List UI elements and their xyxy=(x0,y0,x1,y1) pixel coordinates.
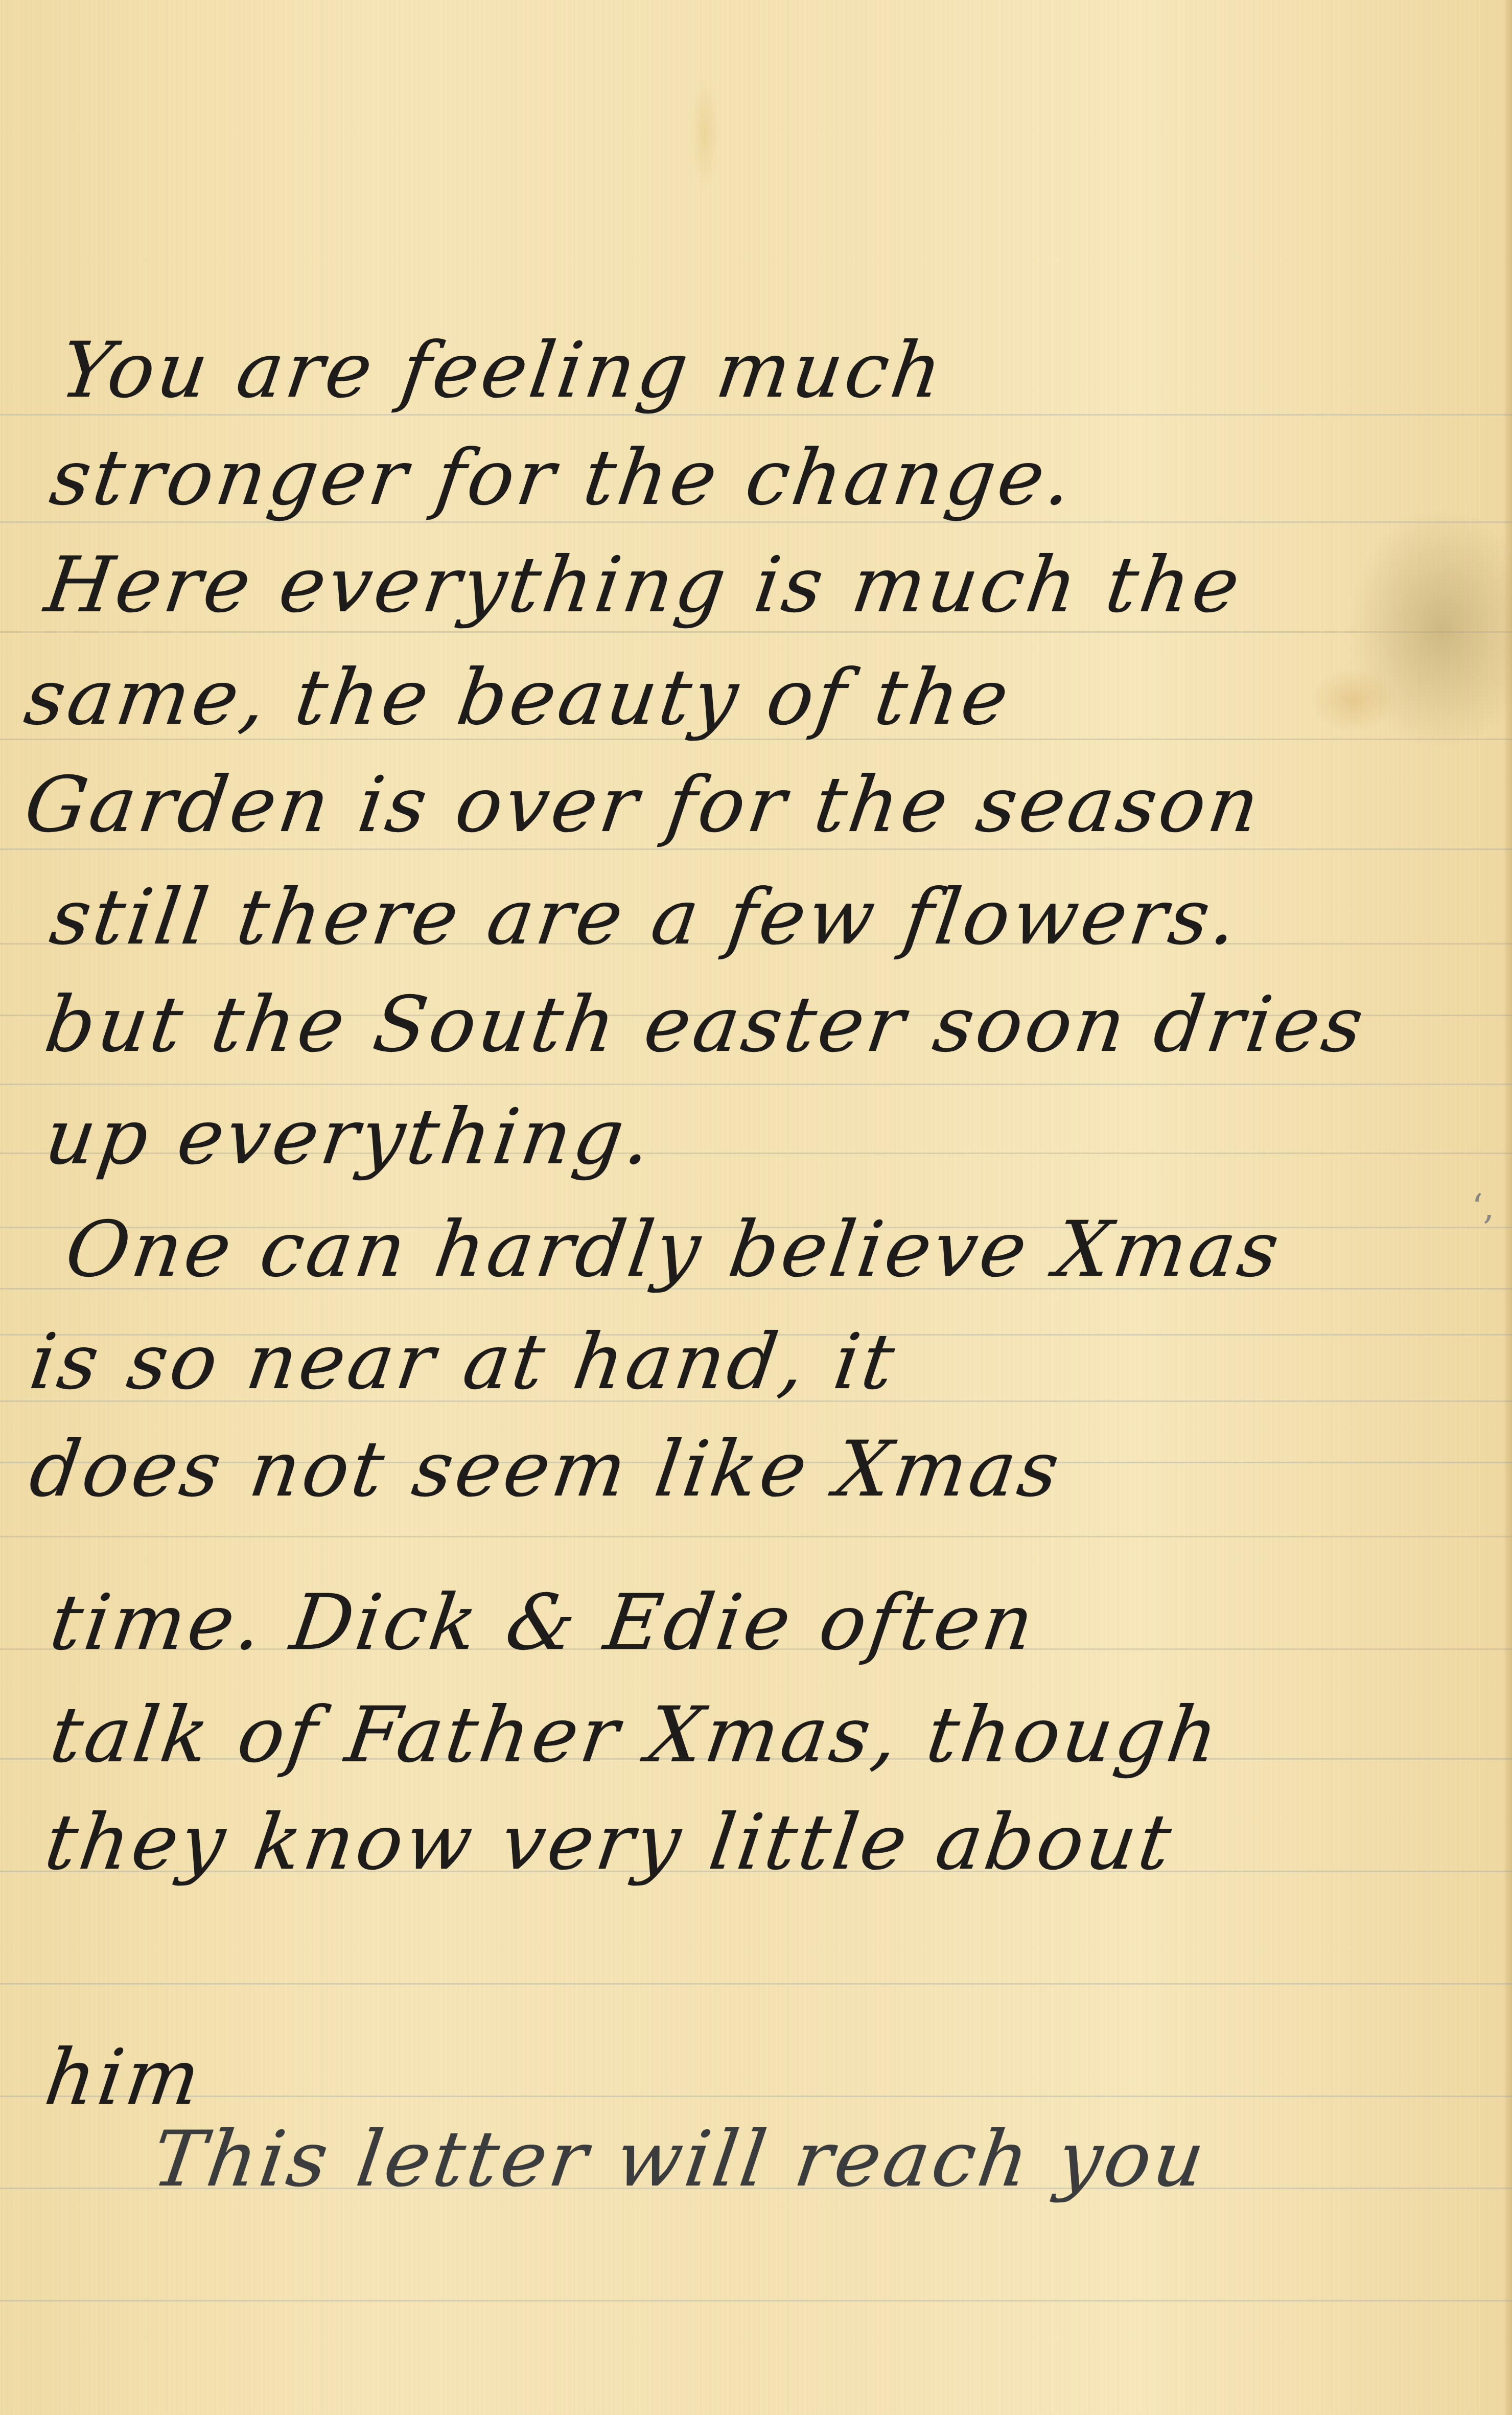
ruled-line xyxy=(0,2096,1512,2097)
handwritten-line-6: still there are a few flowers. xyxy=(46,879,1245,956)
handwritten-line-8: up everything. xyxy=(41,1099,659,1176)
handwritten-line-2: stronger for the change. xyxy=(46,440,1080,516)
margin-ink-mark: ʻ, xyxy=(1472,1186,1502,1227)
handwritten-line-14: they know very little about xyxy=(41,1804,1178,1881)
ruled-line xyxy=(0,2300,1512,2302)
handwritten-line-16: This letter will reach you xyxy=(148,2121,1212,2198)
paper-edge xyxy=(1503,0,1512,2415)
handwritten-line-13: talk of Father Xmas, though xyxy=(46,1697,1225,1774)
ruled-line xyxy=(0,631,1512,633)
handwritten-line-7: but the South easter soon dries xyxy=(41,986,1370,1063)
letter-page: You are feeling much stronger for the ch… xyxy=(0,0,1512,2415)
handwritten-line-9: One can hardly believe Xmas xyxy=(61,1211,1286,1288)
handwritten-line-3: Here everything is much the xyxy=(41,547,1247,624)
ruled-line xyxy=(0,1084,1512,1085)
handwritten-line-10: is so near at hand, it xyxy=(26,1324,902,1400)
handwritten-line-4: same, the beauty of the xyxy=(20,659,1016,736)
handwritten-line-1: You are feeling much xyxy=(56,332,949,409)
handwritten-line-11: does not seem like Xmas xyxy=(26,1431,1066,1508)
handwritten-line-15: him xyxy=(41,2039,207,2116)
handwritten-line-12: time. Dick & Edie often xyxy=(46,1584,1041,1661)
ruled-line xyxy=(0,1983,1512,1985)
handwritten-line-5: Garden is over for the season xyxy=(20,767,1267,843)
ruled-line xyxy=(0,1536,1512,1537)
